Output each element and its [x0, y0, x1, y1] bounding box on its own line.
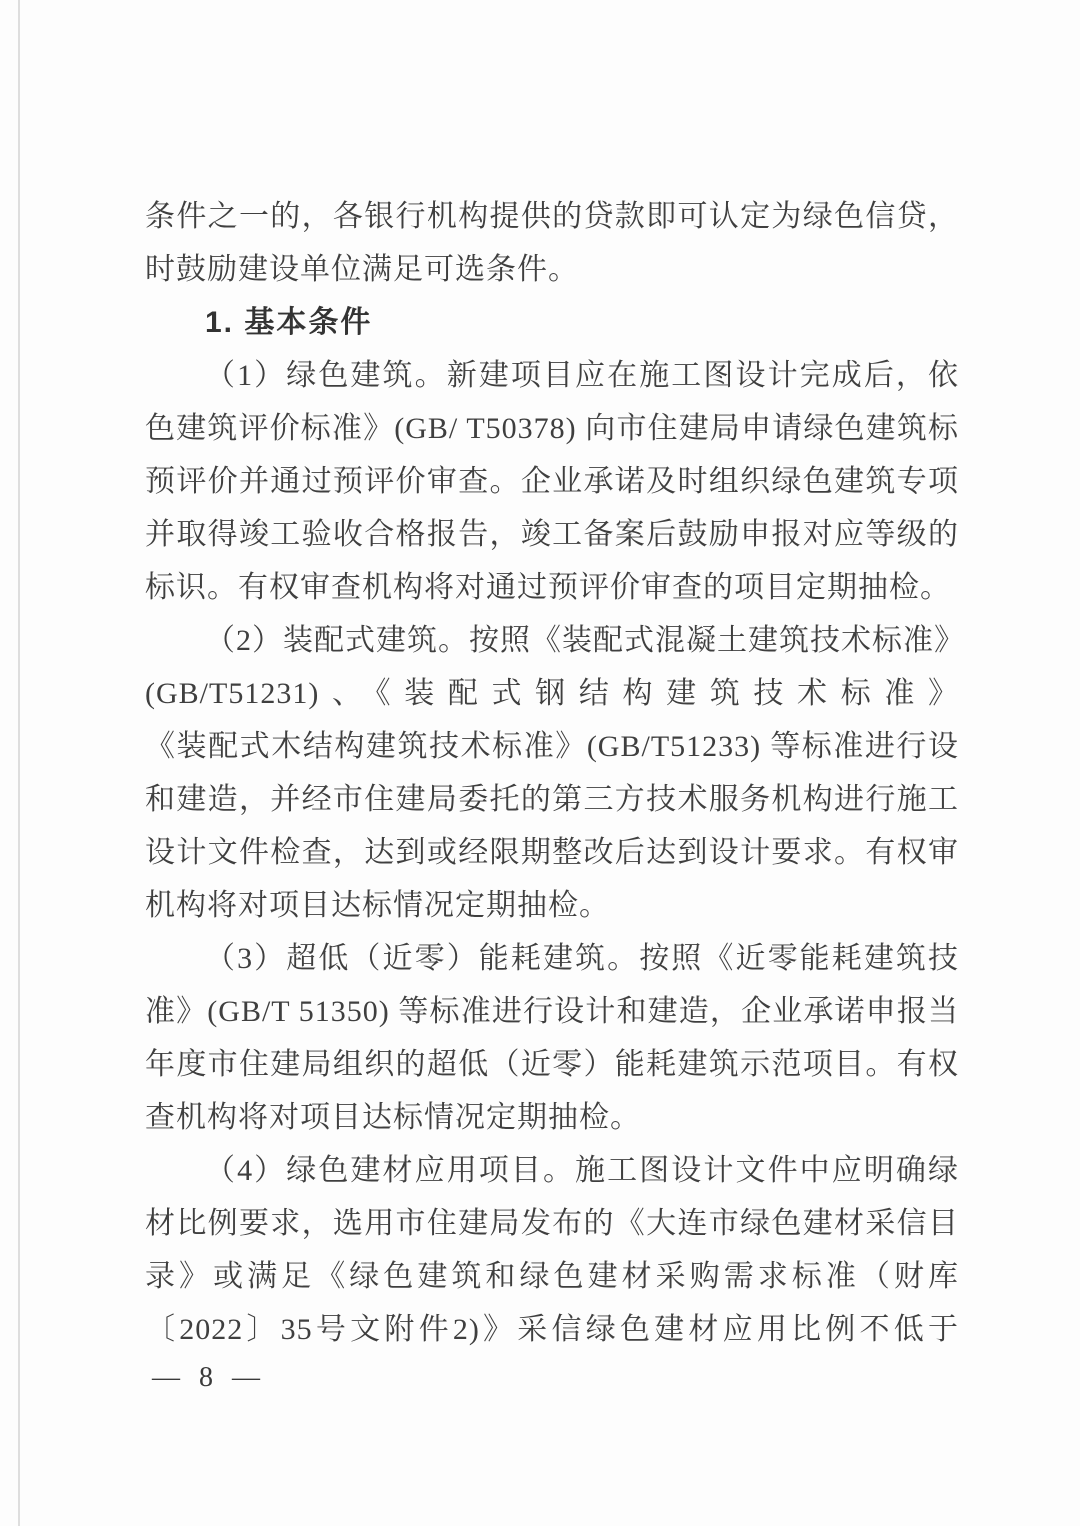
page-edge-line — [18, 0, 20, 1526]
text-line: 录》或满足《绿色建筑和绿色建材采购需求标准（财库 — [145, 1250, 959, 1303]
text-line: 色建筑评价标准》(GB/ T50378) 向市住建局申请绿色建筑标识 — [145, 402, 959, 455]
text-line: 年度市住建局组织的超低（近零）能耗建筑示范项目。有权审 — [145, 1038, 959, 1091]
text-line: （3）超低（近零）能耗建筑。按照《近零能耗建筑技术标 — [145, 932, 959, 985]
text-line: 材比例要求，选用市住建局发布的《大连市绿色建材采信目 — [145, 1197, 959, 1250]
page-number: — 8 — — [152, 1362, 266, 1394]
text-line: 时鼓励建设单位满足可选条件。 — [145, 243, 959, 296]
text-line: （1）绿色建筑。新建项目应在施工图设计完成后，依据《绿 — [145, 349, 959, 402]
text-line: 机构将对项目达标情况定期抽检。 — [145, 879, 959, 932]
text-line: 条件之一的，各银行机构提供的贷款即可认定为绿色信贷，同 — [145, 190, 959, 243]
document-content: 条件之一的，各银行机构提供的贷款即可认定为绿色信贷，同时鼓励建设单位满足可选条件… — [145, 190, 959, 1356]
text-line: 〔2022〕35号文附件2)》采信绿色建材应用比例不低于50%。 — [145, 1303, 959, 1356]
document-page: 条件之一的，各银行机构提供的贷款即可认定为绿色信贷，同时鼓励建设单位满足可选条件… — [0, 0, 1080, 1526]
text-line: 查机构将对项目达标情况定期抽检。 — [145, 1091, 959, 1144]
section-heading: 1. 基本条件 — [145, 296, 959, 349]
text-line: (GB/T51231)、《装配式钢结构建筑技术标准》(GB/T51232)、 — [145, 667, 959, 720]
text-line: 并取得竣工验收合格报告，竣工备案后鼓励申报对应等级的评价 — [145, 508, 959, 561]
text-line: （2）装配式建筑。按照《装配式混凝土建筑技术标准》 — [145, 614, 959, 667]
text-line: 标识。有权审查机构将对通过预评价审查的项目定期抽检。 — [145, 561, 959, 614]
text-line: 《装配式木结构建筑技术标准》(GB/T51233) 等标准进行设计 — [145, 720, 959, 773]
text-line: 准》(GB/T 51350) 等标准进行设计和建造，企业承诺申报当 — [145, 985, 959, 1038]
text-line: （4）绿色建材应用项目。施工图设计文件中应明确绿色建 — [145, 1144, 959, 1197]
text-line: 预评价并通过预评价审查。企业承诺及时组织绿色建筑专项验收 — [145, 455, 959, 508]
text-line: 和建造，并经市住建局委托的第三方技术服务机构进行施工图 — [145, 773, 959, 826]
text-line: 设计文件检查，达到或经限期整改后达到设计要求。有权审查 — [145, 826, 959, 879]
